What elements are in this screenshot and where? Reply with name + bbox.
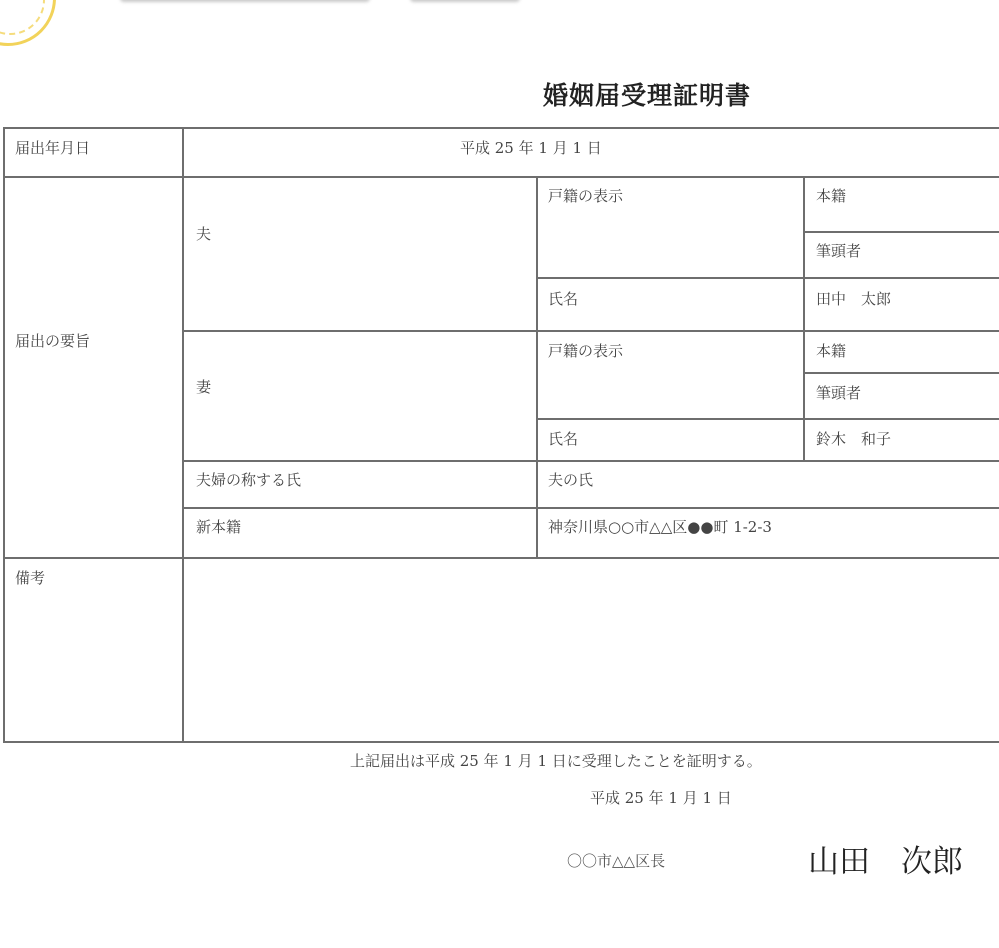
wife-koseki-label: 戸籍の表示 — [548, 340, 623, 361]
summary-label: 届出の要旨 — [15, 330, 90, 351]
table-border — [3, 127, 999, 129]
table-border — [183, 507, 999, 509]
table-border — [3, 176, 999, 178]
new-honseki-label: 新本籍 — [196, 516, 241, 537]
date-label: 届出年月日 — [15, 137, 90, 158]
new-honseki-value: 神奈川県○○市△△区●●町 1-2-3 — [548, 516, 772, 537]
date-value: 平成 25 年 1 月 1 日 — [460, 137, 602, 158]
top-mark — [410, 0, 520, 2]
table-border — [803, 176, 805, 461]
husband-label: 夫 — [196, 223, 211, 244]
surname-value: 夫の氏 — [548, 469, 593, 490]
table-border — [182, 127, 184, 743]
remarks-label: 備考 — [15, 567, 45, 588]
seal-stamp — [0, 0, 56, 46]
issuing-office: 〇〇市△△区長 — [567, 850, 665, 871]
table-border — [183, 460, 999, 462]
table-border — [803, 372, 999, 374]
husband-honseki-label: 本籍 — [816, 185, 846, 206]
table-border — [3, 557, 999, 559]
husband-hittosha-label: 筆頭者 — [816, 240, 861, 261]
husband-name-value: 田中 太郎 — [816, 288, 891, 309]
document-title: 婚姻届受理証明書 — [543, 76, 751, 112]
table-border — [536, 176, 538, 558]
table-border — [3, 127, 5, 743]
table-border — [3, 741, 999, 743]
wife-name-label: 氏名 — [548, 428, 578, 449]
top-mark — [120, 0, 370, 2]
table-border — [183, 330, 999, 332]
table-border — [537, 277, 999, 279]
husband-koseki-label: 戸籍の表示 — [548, 185, 623, 206]
certification-text: 上記届出は平成 25 年 1 月 1 日に受理したことを証明する。 — [350, 750, 762, 771]
wife-label: 妻 — [196, 376, 211, 397]
signer-name: 山田 次郎 — [808, 836, 963, 881]
table-border — [803, 231, 999, 233]
surname-label: 夫婦の称する氏 — [196, 469, 301, 490]
wife-name-value: 鈴木 和子 — [816, 428, 891, 449]
certification-date: 平成 25 年 1 月 1 日 — [590, 787, 732, 808]
wife-honseki-label: 本籍 — [816, 340, 846, 361]
husband-name-label: 氏名 — [548, 288, 578, 309]
wife-hittosha-label: 筆頭者 — [816, 382, 861, 403]
table-border — [537, 418, 999, 420]
